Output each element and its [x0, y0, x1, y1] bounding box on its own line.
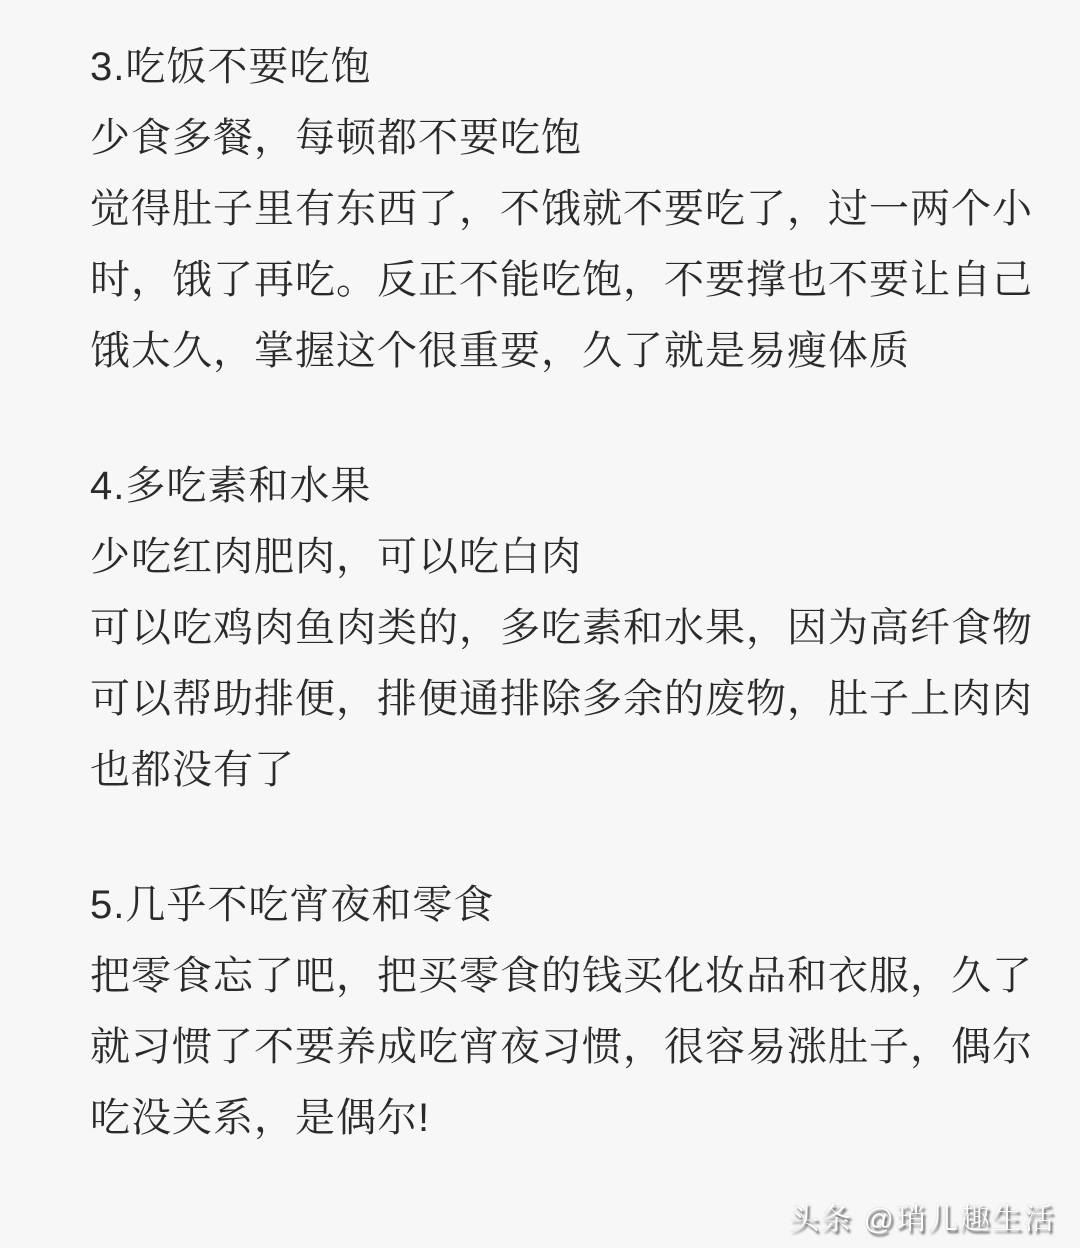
text-line: 可以吃鸡肉鱼肉类的，多吃素和水果，因为高纤食物 [90, 593, 1030, 664]
section-5-no-snacks: 5.几乎不吃宵夜和零食 把零食忘了吧，把买零食的钱买化妆品和衣服，久了 就习惯了… [90, 870, 1030, 1154]
section-heading: 3.吃饭不要吃饱 [90, 32, 1030, 103]
text-line: 时，饿了再吃。反正不能吃饱，不要撑也不要让自己 [90, 245, 1030, 316]
text-line: 饿太久，掌握这个很重要，久了就是易瘦体质 [90, 316, 1030, 387]
text-line: 把零食忘了吧，把买零食的钱买化妆品和衣服，久了 [90, 941, 1030, 1012]
text-line: 也都没有了 [90, 735, 1030, 806]
section-heading: 5.几乎不吃宵夜和零食 [90, 870, 1030, 941]
text-line: 觉得肚子里有东西了，不饿就不要吃了，过一两个小 [90, 174, 1030, 245]
section-3-eat-not-full: 3.吃饭不要吃饱 少食多餐，每顿都不要吃饱 觉得肚子里有东西了，不饿就不要吃了，… [90, 32, 1030, 387]
text-line: 就习惯了不要养成吃宵夜习惯，很容易涨肚子，偶尔 [90, 1012, 1030, 1083]
text-line: 可以帮助排便，排便通排除多余的废物，肚子上肉肉 [90, 664, 1030, 735]
toutiao-watermark: 头条 @琑儿趣生活 [789, 1194, 1056, 1238]
text-line: 吃没关系，是偶尔! [90, 1083, 1030, 1154]
article-page: 3.吃饭不要吃饱 少食多餐，每顿都不要吃饱 觉得肚子里有东西了，不饿就不要吃了，… [0, 0, 1080, 1248]
section-4-veggies-fruit: 4.多吃素和水果 少吃红肉肥肉，可以吃白肉 可以吃鸡肉鱼肉类的，多吃素和水果，因… [90, 451, 1030, 806]
text-line: 少吃红肉肥肉，可以吃白肉 [90, 522, 1030, 593]
section-heading: 4.多吃素和水果 [90, 451, 1030, 522]
text-line: 少食多餐，每顿都不要吃饱 [90, 103, 1030, 174]
